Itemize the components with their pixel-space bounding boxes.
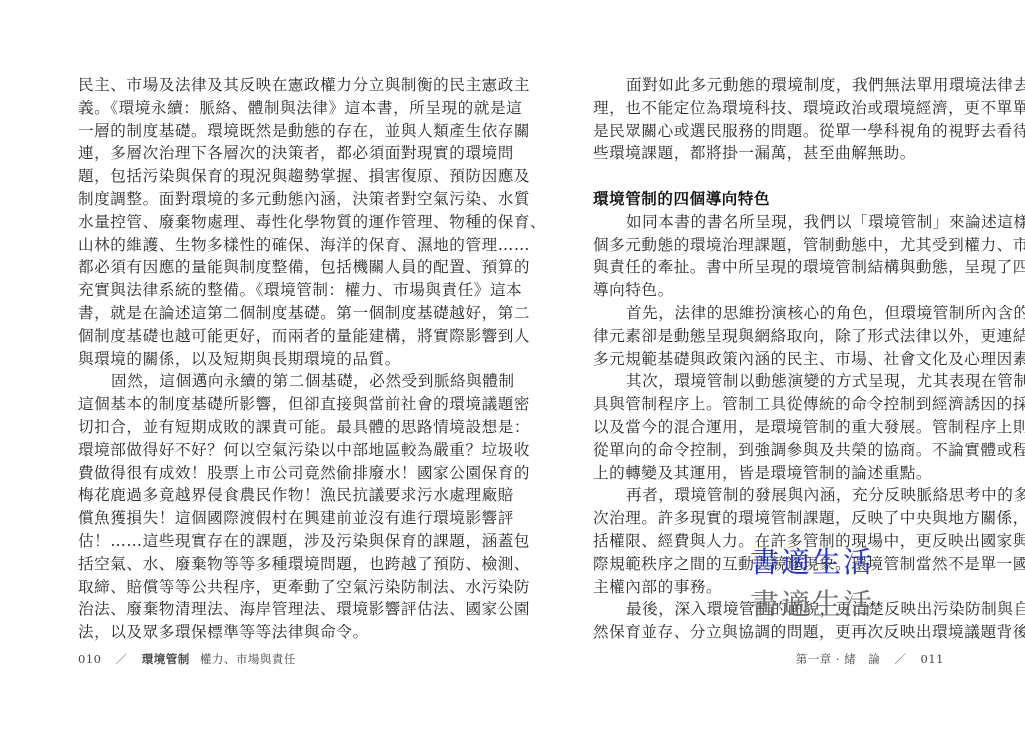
text-line: 連，多層次治理下各層次的決策者，都必須面對現實的環境問 <box>78 142 431 165</box>
text-line: 制度調整。面對環境的多元動態內涵，決策者對空氣污染、水質 <box>78 188 431 211</box>
footer-separator: ／ <box>894 651 906 667</box>
text-line: 一層的制度基礎。環境既然是動態的存在，並與人類產生依存關 <box>78 120 431 143</box>
watermark-gray: 書適生活 <box>750 588 874 620</box>
text-line: 梅花鹿過多竟越界侵食農民作物！漁民抗議要求污水處理廠賠 <box>78 484 431 507</box>
section-heading: 環境管制的四個導向特色 <box>593 188 946 211</box>
text-line: 多元規範基礎與政策內涵的民主、市場、社會文化及心理因素。 <box>593 348 946 371</box>
text-line: 如同本書的書名所呈現，我們以「環境管制」來論述這樣一 <box>593 211 946 234</box>
text-line: 題，包括污染與保育的現況與趨勢掌握、損害復原、預防因應及 <box>78 165 431 188</box>
page-number-left: 010 <box>78 652 101 666</box>
text-line: 從單向的命令控制，到強調參與及共榮的協商。不論實體或程序 <box>593 439 946 462</box>
text-line: 費做得很有成效！股票上市公司竟然偷排廢水！國家公園保育的 <box>78 462 431 485</box>
text-line: 是民眾關心或選民服務的問題。從單一學科視角的視野去看待這 <box>593 120 946 143</box>
text-line: 這個基本的制度基礎所影響，但卻直接與當前社會的環境議題密 <box>78 393 431 416</box>
text-line: 與環境的關係，以及短期與長期環境的品質。 <box>78 348 431 371</box>
text-line: 水量控管、廢棄物處理、毒性化學物質的運作管理、物種的保育、 <box>78 211 431 234</box>
book-subtitle: 權力、市場與責任 <box>200 652 296 666</box>
text-line: 切扣合，並有短期成敗的課責可能。最具體的思路情境設想是： <box>78 416 431 439</box>
text-line: 首先，法律的思維扮演核心的角色，但環境管制所內含的法 <box>593 302 946 325</box>
text-line: 環境部做得好不好？何以空氣污染以中部地區較為嚴重？垃圾收 <box>78 439 431 462</box>
chapter-title: 第一章 · 緒 論 <box>796 652 880 666</box>
left-page: 民主、市場及法律及其反映在憲政權力分立與制衡的民主憲政主義。《環境永續：脈絡、體… <box>0 0 512 733</box>
text-line: 導向特色。 <box>593 279 946 302</box>
text-line: 民主、市場及法律及其反映在憲政權力分立與制衡的民主憲政主 <box>78 74 431 97</box>
text-line: 償魚獲損失！這個國際渡假村在興建前並沒有進行環境影響評 <box>78 507 431 530</box>
left-page-body: 民主、市場及法律及其反映在憲政權力分立與制衡的民主憲政主義。《環境永續：脈絡、體… <box>78 74 431 644</box>
text-line: 治法、廢棄物清理法、海岸管理法、環境影響評估法、國家公園 <box>78 598 431 621</box>
text-line: 與責任的牽扯。書中所呈現的環境管制結構與動態，呈現了四個 <box>593 256 946 279</box>
left-page-footer: 010 ／ 環境管制 權力、市場與責任 <box>78 651 296 667</box>
text-line: 書，就是在論述這第二個制度基礎。第一個制度基礎越好，第二 <box>78 302 431 325</box>
book-title: 環境管制 <box>142 652 190 666</box>
text-line: 再者，環境管制的發展與內涵，充分反映脈絡思考中的多層 <box>593 484 946 507</box>
text-line: 法，以及眾多環保標準等等法律與命令。 <box>78 621 431 644</box>
text-line: 面對如此多元動態的環境制度，我們無法單用環境法律去處 <box>593 74 946 97</box>
text-line: 些環境課題，都將掛一漏萬，甚至曲解無助。 <box>593 142 946 165</box>
text-line: 固然，這個邁向永續的第二個基礎，必然受到脈絡與體制 <box>78 370 431 393</box>
text-line: 山林的維護、生物多樣性的確保、海洋的保育、濕地的管理…… <box>78 234 431 257</box>
text-line: 其次，環境管制以動態演變的方式呈現，尤其表現在管制工 <box>593 370 946 393</box>
watermark-blue: 書適生活 <box>750 546 874 578</box>
text-line: 個制度基礎也越可能更好，而兩者的量能建構，將實際影響到人 <box>78 325 431 348</box>
text-line: 取締、賠償等等公共程序，更牽動了空氣污染防制法、水污染防 <box>78 576 431 599</box>
text-line: 個多元動態的環境治理課題，管制動態中，尤其受到權力、市場 <box>593 234 946 257</box>
text-line: 充實與法律系統的整備。《環境管制：權力、市場與責任》這本 <box>78 279 431 302</box>
section-gap <box>593 165 946 188</box>
text-line: 括空氣、水、廢棄物等等多種環境問題，也跨越了預防、檢測、 <box>78 553 431 576</box>
text-line: 律元素卻是動態呈現與網絡取向，除了形式法律以外，更連結了 <box>593 325 946 348</box>
text-line: 然保育並存、分立與協調的問題，更再次反映出環境議題背後的 <box>593 621 946 644</box>
page-number-right: 011 <box>921 652 944 666</box>
text-line: 上的轉變及其運用，皆是環境管制的論述重點。 <box>593 462 946 485</box>
right-page-footer: 第一章 · 緒 論 ／ 011 <box>796 651 944 667</box>
text-line: 以及當今的混合運用，是環境管制的重大發展。管制程序上則是 <box>593 416 946 439</box>
text-line: 理，也不能定位為環境科技、環境政治或環境經濟，更不單單僅 <box>593 97 946 120</box>
text-line: 義。《環境永續：脈絡、體制與法律》這本書，所呈現的就是這 <box>78 97 431 120</box>
right-page: 面對如此多元動態的環境制度，我們無法單用環境法律去處理，也不能定位為環境科技、環… <box>512 0 1025 733</box>
text-line: 都必須有因應的量能與制度整備，包括機關人員的配置、預算的 <box>78 256 431 279</box>
text-line: 次治理。許多現實的環境管制課題，反映了中央與地方關係，包 <box>593 507 946 530</box>
footer-separator: ／ <box>116 651 128 667</box>
text-line: 具與管制程序上。管制工具從傳統的命令控制到經濟誘因的採納 <box>593 393 946 416</box>
intro-paragraph: 面對如此多元動態的環境制度，我們無法單用環境法律去處理，也不能定位為環境科技、環… <box>593 74 946 165</box>
text-line: 估！……這些現實存在的課題，涉及污染與保育的課題，涵蓋包 <box>78 530 431 553</box>
